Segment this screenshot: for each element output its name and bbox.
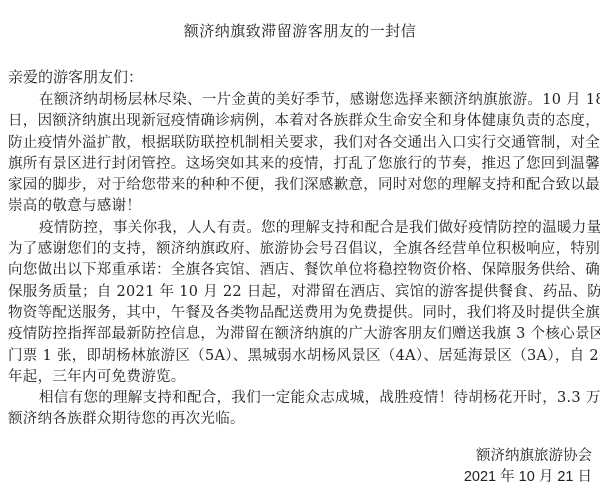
letter-signature: 额济纳旗旅游协会 2021 年 10 月 21 日 — [464, 446, 592, 488]
paragraph-2-line-3: 向您做出以下郑重承诺：全旗各宾馆、酒店、餐饮单位将稳控物资价格、保障服务供给、确 — [8, 260, 592, 281]
letter-title: 额济纳旗致滞留游客朋友的一封信 — [0, 20, 600, 41]
paragraph-2-line-4: 保服务质量；自 2021 年 10 月 22 日起，对滞留在酒店、宾馆的游客提供… — [8, 282, 592, 303]
paragraph-2-line-6: 疫情防控指挥部最新防控信息，为滞留在额济纳旗的广大游客朋友们赠送我旗 3 个核心… — [8, 324, 592, 345]
paragraph-2-line-2: 为了感谢您们的支持，额济纳旗政府、旅游协会号召倡议，全旗各经营单位积极响应，特别 — [8, 239, 592, 260]
paragraph-2-line-5: 物资等配送服务，其中，午餐及各类物品配送费用为免费提供。同时，我们将及时提供全旗 — [8, 303, 592, 324]
paragraph-1-line-5: 家园的脚步，对于给您带来的种种不便，我们深感歉意，同时对您的理解支持和配合致以最 — [8, 175, 592, 196]
signature-date: 2021 年 10 月 21 日 — [464, 467, 592, 488]
paragraph-2-line-1: 疫情防控，事关你我，人人有责。您的理解支持和配合是我们做好疫情防控的温暖力量， — [8, 218, 592, 239]
letter-page: 额济纳旗致滞留游客朋友的一封信 亲爱的游客朋友们： 在额济纳胡杨层林尽染、一片金… — [0, 0, 600, 496]
letter-greeting: 亲爱的游客朋友们： — [8, 66, 143, 87]
paragraph-2-line-8: 年起，三年内可免费游览。 — [8, 367, 592, 388]
paragraph-1-line-6: 崇高的敬意与感谢！ — [8, 196, 592, 217]
letter-body: 在额济纳胡杨层林尽染、一片金黄的美好季节，感谢您选择来额济纳旗旅游。10 月 1… — [8, 90, 592, 431]
paragraph-3-line-1: 相信有您的理解支持和配合，我们一定能众志成城，战胜疫情！待胡杨花开时，3.3 万 — [8, 388, 592, 409]
paragraph-1-line-2: 日，因额济纳旗出现新冠疫情确诊病例，本着对各族群众生命安全和身体健康负责的态度， — [8, 111, 592, 132]
paragraph-3-line-2: 额济纳各族群众期待您的再次光临。 — [8, 409, 592, 430]
paragraph-2-line-7: 门票 1 张，即胡杨林旅游区（5A）、黑城弱水胡杨风景区（4A）、居延海景区（3… — [8, 346, 592, 367]
paragraph-1-line-3: 防止疫情外溢扩散，根据联防联控机制相关要求，我们对各交通出入口实行交通管制，对全 — [8, 133, 592, 154]
paragraph-1-line-4: 旗所有景区进行封闭管控。这场突如其来的疫情，打乱了您旅行的节奏，推迟了您回到温馨 — [8, 154, 592, 175]
signature-organization: 额济纳旗旅游协会 — [464, 446, 592, 467]
paragraph-1-line-1: 在额济纳胡杨层林尽染、一片金黄的美好季节，感谢您选择来额济纳旗旅游。10 月 1… — [8, 90, 592, 111]
